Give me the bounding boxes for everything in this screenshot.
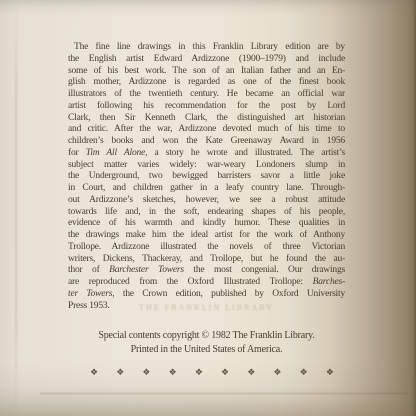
diamond-ornament-icon: ❖	[221, 366, 229, 378]
diamond-ornament-icon: ❖	[195, 366, 203, 378]
paragraph-line: Clark, then Sir Kenneth Clark, the disti…	[68, 113, 345, 125]
paragraph-line: glish mother, Ardizzone is regarded as o…	[68, 77, 345, 89]
page-bottom-edge	[40, 393, 408, 394]
printed-in-line: Printed in the United States of America.	[68, 343, 345, 357]
diamond-ornament-icon: ❖	[142, 366, 150, 378]
showthrough-text: The Franklin Library	[68, 303, 345, 312]
paragraph-line: evidence of his warmth and kindly humor.…	[68, 218, 345, 230]
page-crease	[15, 0, 17, 416]
paragraph-line: Trollope. Ardizzone illustrated the nove…	[68, 242, 345, 254]
paragraph-line: ter Towers, the Crown edition, published…	[68, 289, 345, 301]
diamond-ornament-icon: ❖	[90, 366, 98, 378]
paragraph-line: subject matter varies widely: war-weary …	[68, 160, 345, 172]
paragraph-line: The fine line drawings in this Franklin …	[68, 42, 345, 54]
copyright-block: Special contents copyright © 1982 The Fr…	[68, 329, 345, 357]
diamond-ornament-icon: ❖	[169, 366, 177, 378]
diamond-ornament-icon: ❖	[116, 366, 124, 378]
diamond-ornament-icon: ❖	[273, 366, 281, 378]
paragraph-line: in Court, and children gather in a leafy…	[68, 183, 345, 195]
book-page-photo: The fine line drawings in this Franklin …	[0, 0, 416, 416]
paragraph-line: are reproduced from the Oxford Illustrat…	[68, 277, 345, 289]
paragraph-line: artist following his recommendation for …	[68, 101, 345, 113]
paragraph-line: children’s books and won the Kate Greena…	[68, 136, 345, 148]
paragraph-line: the English artist Edward Ardizzone (190…	[68, 54, 345, 66]
paragraph-line: thor of Barchester Towers the most conge…	[68, 265, 345, 277]
diamond-ornament-icon: ❖	[247, 366, 255, 378]
paragraph-line: the drawings make him the ideal artist f…	[68, 230, 345, 242]
diamond-ornament-icon: ❖	[326, 366, 334, 378]
ornament-row: ❖❖❖❖❖❖❖❖❖❖	[90, 366, 334, 378]
diamond-ornament-icon: ❖	[300, 366, 308, 378]
paragraph-line: and critic. After the war, Ardizzone dev…	[68, 124, 345, 136]
paragraph-line: for Tim All Alone, a story he wrote and …	[68, 148, 345, 160]
paragraph-line: illustrators of the twentieth century. H…	[68, 89, 345, 101]
paragraph-line: some of his best work. The son of an Ita…	[68, 66, 345, 78]
paragraph-line: the Underground, two bewigged barristers…	[68, 171, 345, 183]
copyright-line: Special contents copyright © 1982 The Fr…	[68, 329, 345, 343]
paragraph-line: towards life and, in the soft, endearing…	[68, 207, 345, 219]
about-artist-paragraph: The fine line drawings in this Franklin …	[68, 42, 345, 312]
paragraph-line: out Ardizzone’s sketches, however, we se…	[68, 195, 345, 207]
paragraph-line: writers, Dickens, Thackeray, and Trollop…	[68, 254, 345, 266]
